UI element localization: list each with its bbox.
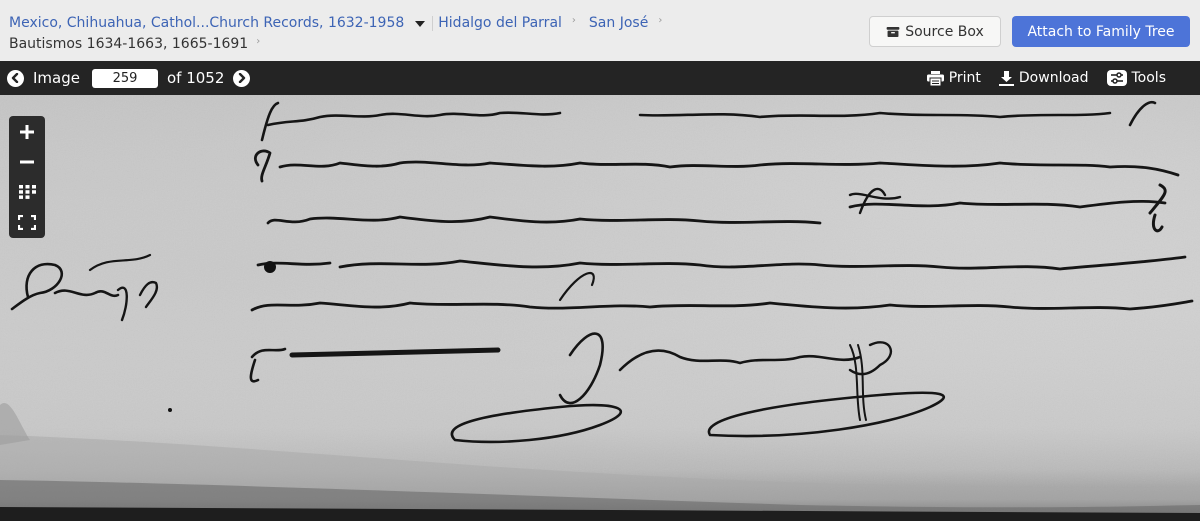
tools-label: Tools (1132, 70, 1167, 86)
zoom-controls (9, 116, 45, 238)
breadcrumb-collection-link[interactable]: Mexico, Chihuahua, Cathol...Church Recor… (9, 13, 404, 33)
breadcrumb: Mexico, Chihuahua, Cathol...Church Recor… (9, 13, 675, 54)
zoom-out-button[interactable] (9, 148, 45, 176)
chevron-right-icon[interactable]: › (658, 11, 662, 31)
handwritten-record-image (0, 95, 1200, 521)
next-image-button[interactable] (233, 70, 250, 87)
record-header: Mexico, Chihuahua, Cathol...Church Recor… (0, 0, 1200, 61)
plus-icon (20, 125, 34, 139)
chevron-left-icon (11, 73, 20, 83)
zoom-in-button[interactable] (9, 118, 45, 146)
grid-icon (19, 185, 36, 199)
record-image-viewer[interactable] (0, 95, 1200, 521)
breadcrumb-volume: Bautismos 1634-1663, 1665-1691 (9, 34, 248, 54)
archive-box-icon (886, 27, 900, 37)
previous-image-button[interactable] (7, 70, 24, 87)
image-toolbar: Image of 1052 Print Download (0, 61, 1200, 95)
chevron-right-icon (237, 73, 246, 83)
breadcrumb-divider (432, 16, 433, 31)
tools-button[interactable]: Tools (1107, 70, 1167, 86)
printer-icon (927, 71, 944, 86)
chevron-right-icon[interactable]: › (256, 32, 260, 52)
chevron-right-icon: › (572, 11, 576, 31)
image-number-input[interactable] (92, 69, 158, 88)
download-label: Download (1019, 70, 1089, 86)
breadcrumb-parish-link[interactable]: San José (589, 13, 648, 33)
download-button[interactable]: Download (999, 70, 1089, 86)
print-label: Print (949, 70, 981, 86)
sliders-icon (1107, 70, 1127, 86)
gallery-view-button[interactable] (9, 178, 45, 206)
print-button[interactable]: Print (927, 70, 981, 86)
breadcrumb-locality-link[interactable]: Hidalgo del Parral (438, 13, 562, 33)
fullscreen-button[interactable] (9, 208, 45, 236)
attach-to-family-tree-button[interactable]: Attach to Family Tree (1012, 16, 1190, 47)
minus-icon (20, 160, 34, 164)
source-box-label: Source Box (905, 24, 984, 40)
image-label: Image (33, 69, 80, 87)
collection-dropdown-caret-icon[interactable] (415, 21, 425, 27)
image-count: of 1052 (167, 69, 224, 87)
download-icon (999, 71, 1014, 86)
source-box-button[interactable]: Source Box (869, 16, 1001, 47)
fullscreen-icon (18, 215, 36, 230)
